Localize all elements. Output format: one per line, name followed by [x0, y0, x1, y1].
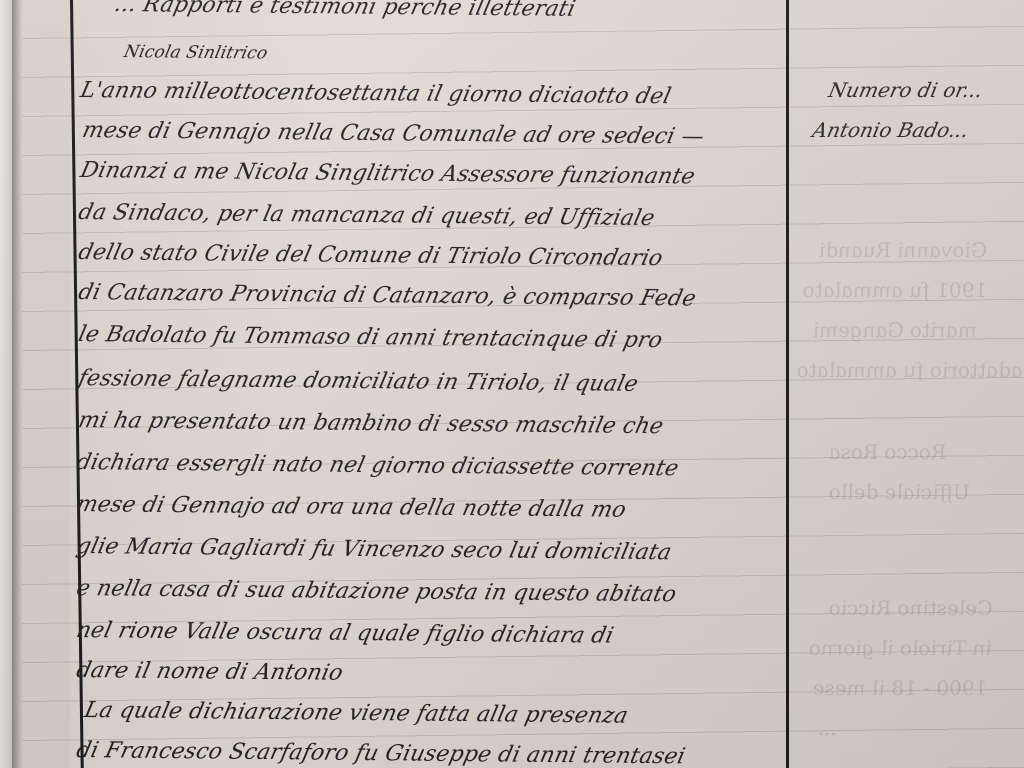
bleed-through-text: Rocco Rosa: [826, 440, 948, 464]
bleed-through-text: 1901 fu ammalato: [800, 278, 989, 302]
text-line: e nella casa di sua abitazione posta in …: [74, 576, 679, 607]
text-line: ... Rapporti e testimoni perche illetter…: [112, 0, 578, 22]
bleed-through-text: in Tiriolo il giorno: [806, 636, 994, 660]
record-number-label: Numero di or...: [826, 78, 984, 102]
text-line: La quale dichiarazione viene fatta alla …: [82, 698, 630, 729]
bleed-through-text: ...: [816, 716, 840, 740]
bleed-through-text: Ufficiale dello: [826, 480, 972, 504]
text-line: dello stato Civile del Comune di Tiriolo…: [76, 240, 665, 271]
margin-index-column: Numero di or... Antonio Bado... Giovanni…: [789, 0, 1024, 768]
text-line: Dinanzi a me Nicola Singlitrico Assessor…: [78, 158, 697, 189]
bleed-through-text: Giovanni Ruandi: [816, 238, 989, 262]
text-line: le Badolato fu Tommaso di anni trentacin…: [76, 322, 665, 353]
text-line: dare il nome di Antonio: [74, 658, 345, 686]
child-name-index: Antonio Bado...: [810, 118, 970, 142]
signature-line: Nicola Sinlitrico: [122, 42, 270, 64]
text-line: fessione falegname domiciliato in Tiriol…: [76, 366, 641, 397]
bleed-through-text: con adattorio fu ammalato: [794, 358, 1024, 382]
text-line: di Francesco Scarfaforo fu Giuseppe di a…: [74, 738, 688, 768]
text-line: da Sindaco, per la mancanza di questi, e…: [76, 200, 657, 231]
book-gutter: [12, 0, 22, 768]
left-margin: [22, 0, 70, 768]
bleed-through-text: marito Gangemi: [810, 318, 979, 342]
text-line: dichiara essergli nato nel giorno dicias…: [74, 450, 681, 481]
birth-record-text: ... Rapporti e testimoni perche illetter…: [72, 0, 786, 768]
text-line: L'anno milleottocentosettanta il giorno …: [78, 78, 673, 109]
text-line: glie Maria Gagliardi fu Vincenzo seco lu…: [74, 534, 674, 565]
text-line: mi ha presentato un bambino di sesso mas…: [76, 408, 666, 439]
text-line: mese di Gennajo nella Casa Comunale ad o…: [80, 118, 707, 150]
text-line: di Catanzaro Provincia di Catanzaro, è c…: [76, 280, 698, 311]
bleed-through-text: 1900 - 18 il mese: [810, 676, 989, 700]
text-line: mese di Gennajo ad ora una della notte d…: [74, 492, 629, 523]
text-line: nel rione Valle oscura al quale figlio d…: [74, 618, 616, 649]
document-photo: ... Rapporti e testimoni perche illetter…: [0, 0, 1024, 768]
bleed-through-text: Celestino Riccio: [826, 596, 995, 620]
